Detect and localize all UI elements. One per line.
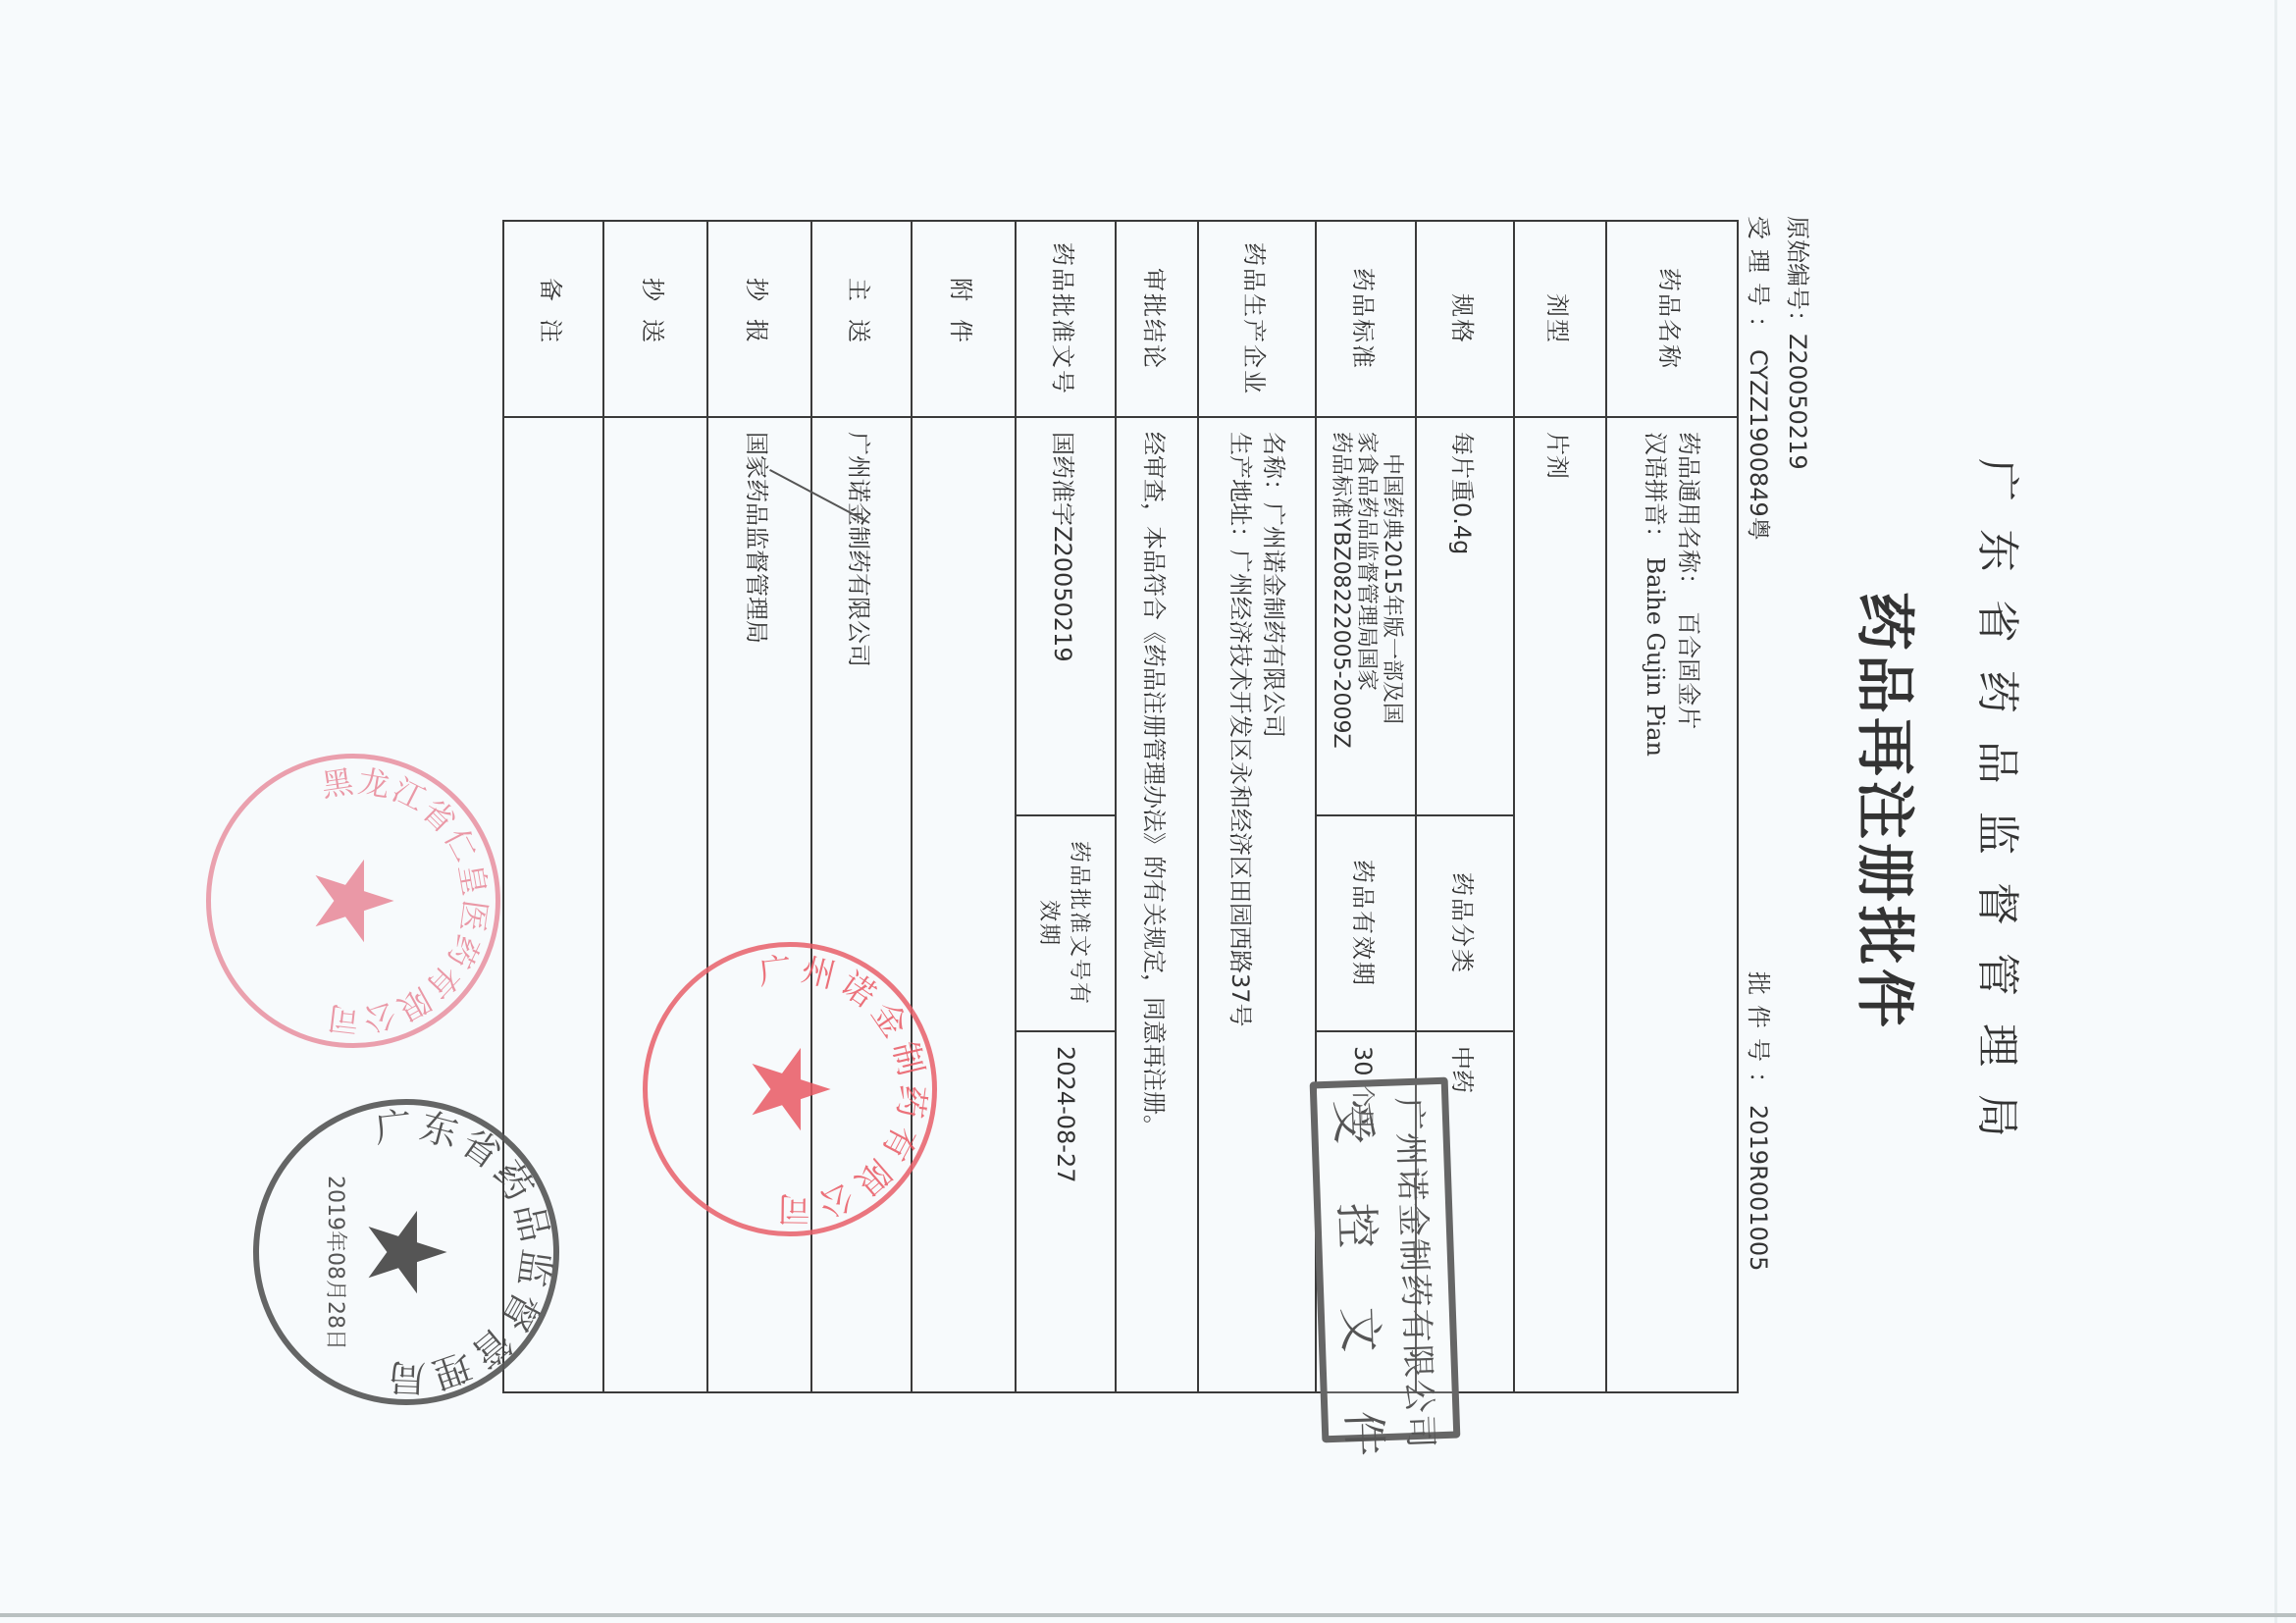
main-recipient-value: 广州诺金制药有限公司	[811, 417, 912, 1392]
document-title: 药品再注册批件	[1847, 0, 1931, 1623]
acceptance-number-label: 受理号：	[1745, 216, 1772, 349]
attachment-value	[912, 417, 1016, 1392]
acceptance-number: 受理号：CYZZ1900849粤	[1744, 216, 1778, 541]
table-row: 药品批准文号 国药准字Z20050219 药品批准文号有效期 2024-08-2…	[1016, 221, 1116, 1392]
manufacturer-label: 药品生产企业	[1198, 221, 1316, 417]
generic-name: 药品通用名称： 百合固金片	[1672, 432, 1705, 1378]
approval-number-value: 2019R001005	[1745, 1105, 1772, 1271]
approval-no-label: 药品批准文号	[1016, 221, 1116, 417]
approval-number: 批件号：2019R001005	[1744, 971, 1778, 1271]
report-to-value: 国家药品监督管理局	[707, 417, 811, 1392]
report-to-label: 抄报	[707, 221, 811, 417]
seal-date: 2019年08月28日	[322, 1176, 352, 1350]
table-row: 药品生产企业 名称：广州诺金制药有限公司 生产地址：广州经济技术开发区永和经济区…	[1198, 221, 1316, 1392]
controlled-document-stamp: 广州诺金制药有限公司 受控文件	[1310, 1077, 1461, 1443]
remarks-label: 备注	[503, 221, 603, 417]
specification-label: 规格	[1416, 221, 1514, 417]
issuing-agency: 广东省药品监督管理局	[1970, 0, 2033, 1623]
company-seal: ★ 广州诺金制药有限公司	[643, 942, 937, 1236]
generic-name-value: 百合固金片	[1675, 611, 1702, 729]
original-number-value: Z20050219	[1784, 334, 1811, 470]
approval-number-label: 批件号：	[1745, 971, 1772, 1105]
dosage-form-label: 剂型	[1514, 221, 1606, 417]
document-page: 广东省药品监督管理局 药品再注册批件 原始编号：Z20050219 受理号：CY…	[0, 0, 2296, 1623]
svg-text:广东省药品监督管理局: 广东省药品监督管理局	[373, 1104, 558, 1400]
seal-ring-text: 广东省药品监督管理局	[259, 1105, 553, 1399]
main-recipient-label: 主送	[811, 221, 912, 417]
cc-label: 抄送	[603, 221, 707, 417]
agency-seal: ★ 广东省药品监督管理局 2019年08月28日	[253, 1099, 559, 1405]
drug-name-label: 药品名称	[1606, 221, 1738, 417]
attachment-label: 附件	[912, 221, 1016, 417]
seal-ring-text: 黑龙江省仁皇医药有限公司	[211, 759, 496, 1043]
heilongjiang-seal: ★ 黑龙江省仁皇医药有限公司	[206, 754, 500, 1048]
validity-label: 药品有效期	[1316, 815, 1416, 1031]
manufacturer-address: 生产地址：广州经济技术开发区永和经济区田园西路37号	[1224, 432, 1257, 1378]
svg-text:黑龙江省仁皇医药有限公司: 黑龙江省仁皇医药有限公司	[319, 762, 495, 1039]
conclusion-label: 审批结论	[1116, 221, 1198, 417]
manufacturer-name: 名称：广州诺金制药有限公司	[1257, 432, 1290, 1378]
drug-name-cell: 药品通用名称： 百合固金片 汉语拼音： Baihe Gujin Pian	[1606, 417, 1738, 1392]
original-number-label: 原始编号：	[1784, 216, 1811, 334]
svg-text:广州诺金制药有限公司: 广州诺金制药有限公司	[757, 950, 932, 1229]
approval-expiry-value: 2024-08-27	[1016, 1031, 1116, 1392]
acceptance-number-value: CYZZ1900849粤	[1745, 349, 1772, 541]
approval-no-value: 国药准字Z20050219	[1016, 417, 1116, 815]
pinyin-name: 汉语拼音： Baihe Gujin Pian	[1639, 432, 1672, 1378]
original-number: 原始编号：Z20050219	[1783, 216, 1817, 470]
cc-value	[603, 417, 707, 1392]
standard-value: 中国药典2015年版一部及国 家食品药品监督管理局国家 药品标准YBZ08222…	[1316, 417, 1416, 815]
manufacturer-cell: 名称：广州诺金制药有限公司 生产地址：广州经济技术开发区永和经济区田园西路37号	[1198, 417, 1316, 1392]
table-row: 审批结论 经审查，本品符合《药品注册管理办法》的有关规定，同意再注册。	[1116, 221, 1198, 1392]
category-label: 药品分类	[1416, 815, 1514, 1031]
seal-ring-text: 广州诺金制药有限公司	[648, 947, 932, 1231]
conclusion-value: 经审查，本品符合《药品注册管理办法》的有关规定，同意再注册。	[1116, 417, 1198, 1392]
approval-expiry-label: 药品批准文号有效期	[1016, 815, 1116, 1031]
table-row: 药品名称 药品通用名称： 百合固金片 汉语拼音： Baihe Gujin Pia…	[1606, 221, 1738, 1392]
pinyin-value: Baihe Gujin Pian	[1642, 557, 1669, 757]
specification-value: 每片重0.4g	[1416, 417, 1514, 815]
table-row: 剂型 片剂	[1514, 221, 1606, 1392]
standard-label: 药品标准	[1316, 221, 1416, 417]
dosage-form-value: 片剂	[1514, 417, 1606, 1392]
